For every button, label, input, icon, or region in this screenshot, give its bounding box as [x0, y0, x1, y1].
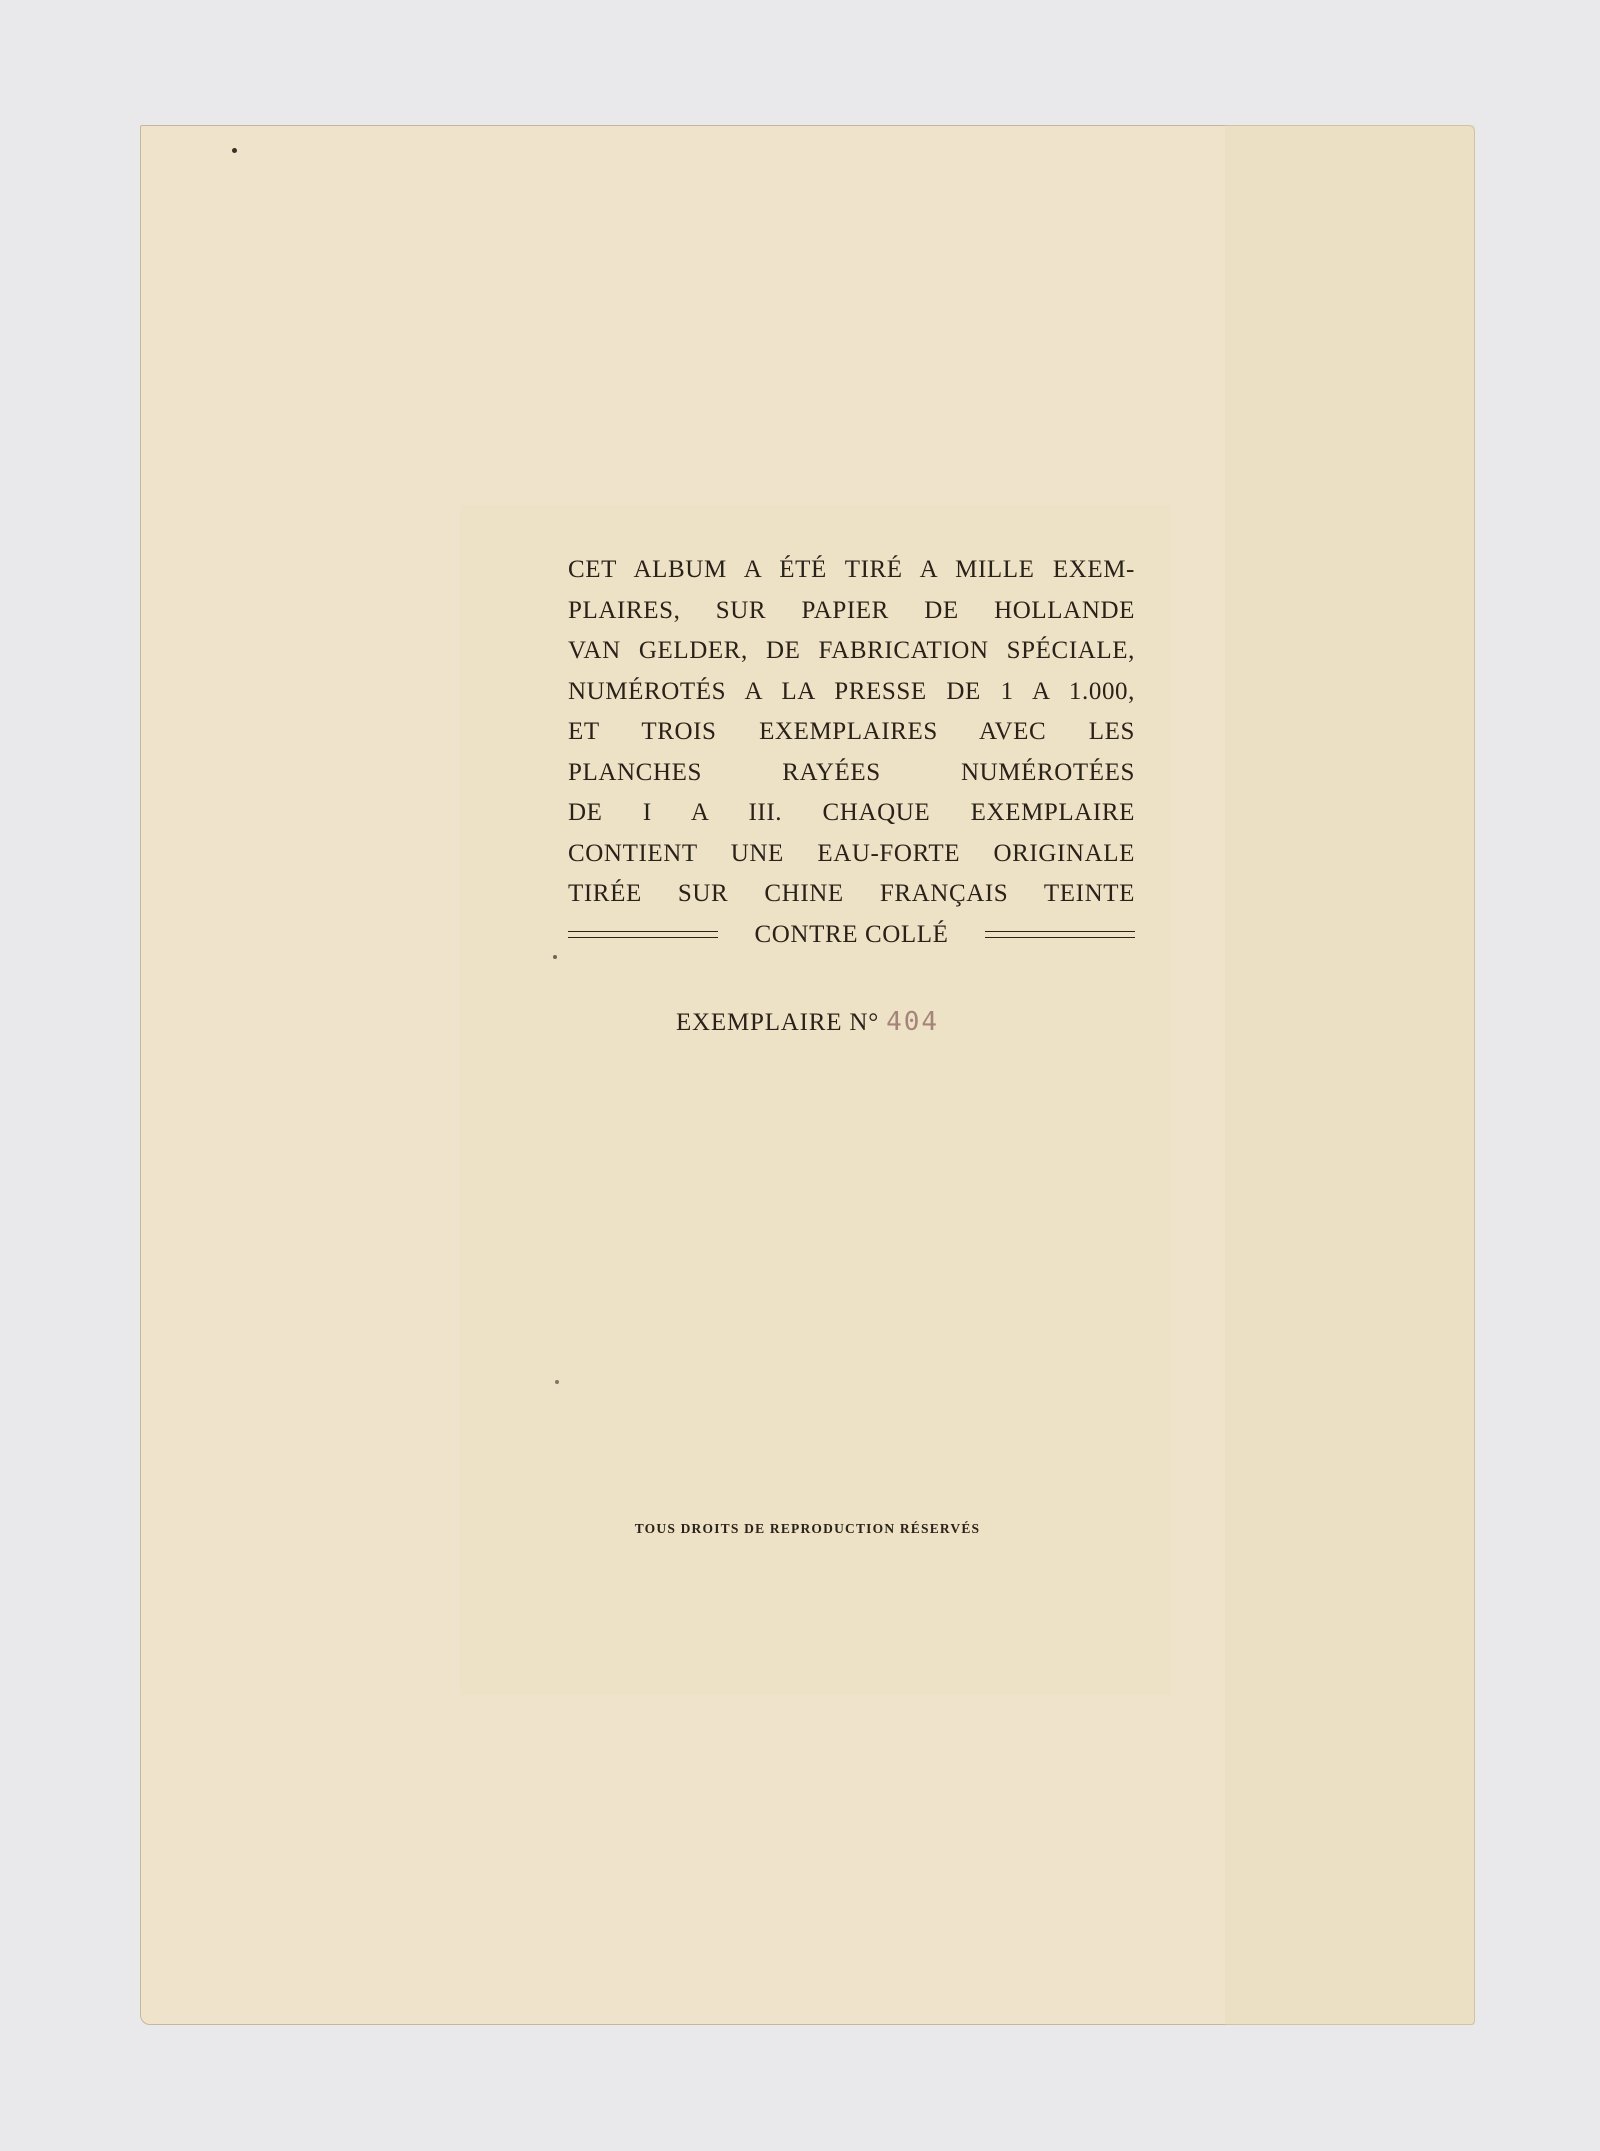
copy-number-line: EXEMPLAIRE N° 404 [140, 1007, 1475, 1037]
colophon-line: PLAIRES, SUR PAPIER DE HOLLANDE [568, 591, 1135, 632]
colophon-line: PLANCHES RAYÉES NUMÉROTÉES [568, 753, 1135, 794]
ink-speck [232, 148, 237, 153]
ink-speck [553, 955, 557, 959]
colophon-closing-line: CONTRE COLLÉ [755, 915, 949, 956]
ink-speck [555, 1380, 559, 1384]
paper-sheet: CET ALBUM A ÉTÉ TIRÉ A MILLE EXEM- PLAIR… [140, 125, 1475, 2025]
colophon-line: NUMÉROTÉS A LA PRESSE DE 1 A 1.000, [568, 672, 1135, 713]
colophon-text: CET ALBUM A ÉTÉ TIRÉ A MILLE EXEM- PLAIR… [568, 550, 1135, 955]
copy-number-value: 404 [886, 1007, 939, 1037]
colophon-line: DE I A III. CHAQUE EXEMPLAIRE [568, 793, 1135, 834]
rights-notice: TOUS DROITS DE REPRODUCTION RÉSERVÉS [140, 1521, 1475, 1537]
colophon-closing: CONTRE COLLÉ [568, 915, 1135, 956]
double-rule-left [568, 931, 718, 938]
colophon-line: VAN GELDER, DE FABRICATION SPÉCIALE, [568, 631, 1135, 672]
colophon-line: ET TROIS EXEMPLAIRES AVEC LES [568, 712, 1135, 753]
double-rule-right [985, 931, 1135, 938]
colophon-line: CONTIENT UNE EAU-FORTE ORIGINALE [568, 834, 1135, 875]
copy-number-label: EXEMPLAIRE N° [676, 1009, 879, 1036]
colophon-line: CET ALBUM A ÉTÉ TIRÉ A MILLE EXEM- [568, 550, 1135, 591]
colophon-line: TIRÉE SUR CHINE FRANÇAIS TEINTE [568, 874, 1135, 915]
